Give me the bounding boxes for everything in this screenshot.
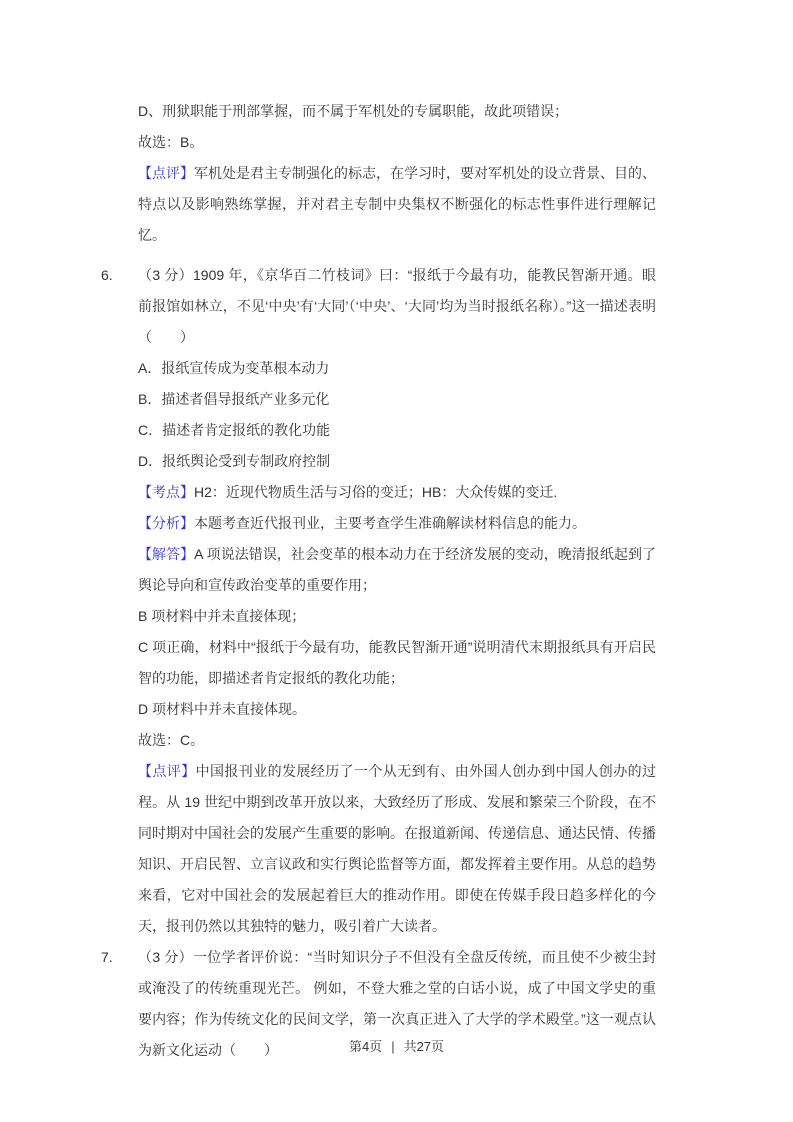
option-a: A．报纸宣传成为变革根本动力 [138,353,656,384]
solution-line-b: B 项材料中并未直接体现； [138,601,656,632]
question-number: 6. [101,260,113,291]
comment-paragraph: 【点评】中国报刊业的发展经历了一个从无到有、由外国人创办到中国人创办的过程。从 … [138,756,656,942]
exam-point-paragraph: 【考点】H2：近现代物质生活与习俗的变迁；HB：大众传媒的变迁. [138,477,656,508]
document-page: D、刑狱职能于刑部掌握，而不属于军机处的专属职能，故此项错误； 故选：B。 【点… [0,0,793,1122]
comment-paragraph: 【点评】军机处是君主专制强化的标志，在学习时，要对军机处的设立背景、目的、特点以… [138,158,656,251]
solution-marker: 【解答】 [138,546,194,562]
solution-line-d: D 项材料中并未直接体现。 [138,694,656,725]
question-number: 7. [101,942,113,973]
explanation-line-d: D、刑狱职能于刑部掌握，而不属于军机处的专属职能，故此项错误； [138,96,656,127]
option-c: C．描述者肯定报纸的教化功能 [138,415,656,446]
current-page-label: 第4页 [349,1039,382,1054]
exam-point-text: H2：近现代物质生活与习俗的变迁；HB：大众传媒的变迁. [194,484,557,500]
answer-line: 故选：B。 [138,127,656,158]
analysis-marker: 【分析】 [138,515,194,531]
solution-paragraph: 【解答】A 项说法错误，社会变革的根本动力在于经济发展的变动，晚清报纸起到了舆论… [138,539,656,601]
comment-text: 中国报刊业的发展经历了一个从无到有、由外国人创办到中国人创办的过程。从 19 世… [138,763,656,934]
solution-line-c: C 项正确，材料中“报纸于今最有功，能教民智渐开通”说明清代末期报纸具有开启民智… [138,632,656,694]
exam-point-marker: 【考点】 [138,484,194,500]
answer-line: 故选：C。 [138,725,656,756]
option-b: B．描述者倡导报纸产业多元化 [138,384,656,415]
question-text: （3 分）1909 年，《京华百二竹枝词》曰：“报纸于今最有功，能教民智渐开通。… [138,267,656,345]
comment-text: 军机处是君主专制强化的标志，在学习时，要对军机处的设立背景、目的、特点以及影响熟… [138,165,656,243]
total-pages-label: 共27页 [404,1039,444,1054]
comment-marker: 【点评】 [138,763,196,779]
analysis-text: 本题考查近代报刊业，主要考查学生准确解读材料信息的能力。 [194,515,586,531]
footer-separator: | [391,1039,394,1054]
analysis-paragraph: 【分析】本题考查近代报刊业，主要考查学生准确解读材料信息的能力。 [138,508,656,539]
comment-marker: 【点评】 [138,165,194,181]
page-footer: 第4页|共27页 [0,1036,793,1055]
document-body: D、刑狱职能于刑部掌握，而不属于军机处的专属职能，故此项错误； 故选：B。 【点… [0,0,793,1066]
option-d: D．报纸舆论受到专制政府控制 [138,446,656,477]
question-6: 6.（3 分）1909 年，《京华百二竹枝词》曰：“报纸于今最有功，能教民智渐开… [138,260,656,353]
solution-text-a: A 项说法错误，社会变革的根本动力在于经济发展的变动，晚清报纸起到了舆论导向和宣… [138,546,656,593]
